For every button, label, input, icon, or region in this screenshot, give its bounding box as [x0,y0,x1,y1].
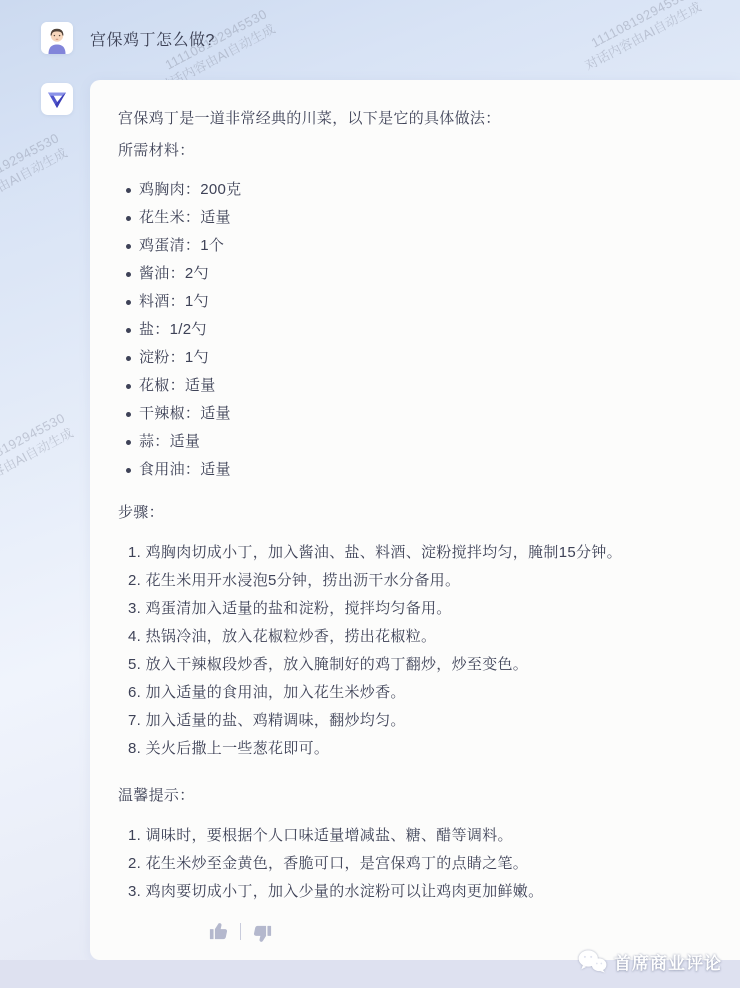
material-text: 料酒：1勺 [139,293,209,310]
thumbs-up-button[interactable] [208,921,230,941]
brand-logo: 首席商业评论 [577,948,722,974]
tip-item: 调味时，要根据个人口味适量增减盐、糖、醋等调料。 [128,822,710,850]
material-text: 鸡胸肉：200克 [139,181,241,198]
bullet-icon [126,440,131,445]
step-item: 鸡胸肉切成小丁，加入酱油、盐、料酒、淀粉搅拌均匀，腌制15分钟。 [128,539,710,567]
feedback-bar [208,918,273,944]
material-item: 料酒：1勺 [124,288,710,316]
step-item: 放入干辣椒段炒香，放入腌制好的鸡丁翻炒，炒至变色。 [128,651,710,679]
steps-label: 步骤： [118,502,710,524]
material-text: 盐：1/2勺 [139,321,207,338]
step-text: 加入适量的食用油，加入花生米炒香。 [146,684,406,701]
step-item: 花生米用开水浸泡5分钟，捞出沥干水分备用。 [128,567,710,595]
thumbs-down-icon [251,924,273,944]
material-text: 花生米：适量 [139,209,231,226]
person-avatar-icon [41,22,73,54]
bullet-icon [126,412,131,417]
material-item: 鸡胸肉：200克 [124,176,710,204]
material-text: 干辣椒：适量 [139,405,231,422]
bullet-icon [126,272,131,277]
ai-answer-card: 宫保鸡丁是一道非常经典的川菜，以下是它的具体做法： 所需材料： 鸡胸肉：200克… [90,80,740,960]
step-text: 加入适量的盐、鸡精调味，翻炒均匀。 [146,712,406,729]
material-item: 蒜：适量 [124,428,710,456]
step-text: 鸡蛋清加入适量的盐和淀粉，搅拌均匀备用。 [146,600,452,617]
thumbs-down-button[interactable] [251,924,273,944]
tip-item: 花生米炒至金黄色，香脆可口，是宫保鸡丁的点睛之笔。 [128,850,710,878]
watermark-id: 111108192945530 [588,0,732,51]
material-text: 酱油：2勺 [139,265,209,282]
bullet-icon [126,468,131,473]
tips-label: 温馨提示： [118,785,710,807]
material-item: 淀粉：1勺 [124,344,710,372]
material-item: 花生米：适量 [124,204,710,232]
material-text: 淀粉：1勺 [139,349,209,366]
watermark-id: 111108192945530 [0,110,98,197]
material-item: 干辣椒：适量 [124,400,710,428]
bullet-icon [126,244,131,249]
tip-text: 花生米炒至金黄色，香脆可口，是宫保鸡丁的点睛之笔。 [146,855,529,872]
steps-list: 鸡胸肉切成小丁，加入酱油、盐、料酒、淀粉搅拌均匀，腌制15分钟。 花生米用开水浸… [118,539,710,763]
ai-avatar [41,83,73,115]
wechat-bubbles-icon [577,948,607,974]
step-item: 加入适量的食用油，加入花生米炒香。 [128,679,710,707]
material-text: 食用油：适量 [139,461,231,478]
bullet-icon [126,356,131,361]
step-item: 关火后撒上一些葱花即可。 [128,735,710,763]
watermark-note: 对话内容由AI自动生成 [582,0,740,74]
material-text: 花椒：适量 [139,377,216,394]
tip-text: 调味时，要根据个人口味适量增减盐、糖、醋等调料。 [146,827,513,844]
material-item: 酱油：2勺 [124,260,710,288]
bullet-icon [126,300,131,305]
feedback-divider [240,923,241,940]
step-text: 放入干辣椒段炒香，放入腌制好的鸡丁翻炒，炒至变色。 [146,656,529,673]
ai-logo-icon [44,86,70,112]
material-item: 花椒：适量 [124,372,710,400]
bullet-icon [126,328,131,333]
step-item: 鸡蛋清加入适量的盐和淀粉，搅拌均匀备用。 [128,595,710,623]
user-avatar [41,22,73,54]
material-item: 盐：1/2勺 [124,316,710,344]
step-text: 关火后撒上一些葱花即可。 [146,740,330,757]
materials-list: 鸡胸肉：200克 花生米：适量 鸡蛋清：1个 酱油：2勺 料酒：1勺 盐：1/2… [118,176,710,484]
tips-list: 调味时，要根据个人口味适量增减盐、糖、醋等调料。 花生米炒至金黄色，香脆可口，是… [118,822,710,906]
bullet-icon [126,188,131,193]
thumbs-up-icon [208,921,230,941]
material-item: 食用油：适量 [124,456,710,484]
bullet-icon [126,216,131,221]
step-item: 加入适量的盐、鸡精调味，翻炒均匀。 [128,707,710,735]
bullet-icon [126,384,131,389]
brand-name: 首席商业评论 [614,949,722,974]
step-item: 热锅冷油，放入花椒粒炒香，捞出花椒粒。 [128,623,710,651]
watermark-id: 111108192945530 [0,390,104,477]
material-text: 蒜：适量 [139,433,200,450]
material-text: 鸡蛋清：1个 [139,237,224,254]
answer-intro: 宫保鸡丁是一道非常经典的川菜，以下是它的具体做法： [118,108,710,130]
user-question: 宫保鸡丁怎么做? [90,27,215,50]
step-text: 热锅冷油，放入花椒粒炒香，捞出花椒粒。 [146,628,437,645]
step-text: 花生米用开水浸泡5分钟，捞出沥干水分备用。 [146,572,461,589]
tip-item: 鸡肉要切成小丁，加入少量的水淀粉可以让鸡肉更加鲜嫩。 [128,878,710,906]
step-text: 鸡胸肉切成小丁，加入酱油、盐、料酒、淀粉搅拌均匀，腌制15分钟。 [146,544,622,561]
material-item: 鸡蛋清：1个 [124,232,710,260]
tip-text: 鸡肉要切成小丁，加入少量的水淀粉可以让鸡肉更加鲜嫩。 [146,883,544,900]
ai-watermark: 111108192945530对话内容由AI自动生成 [574,0,740,74]
materials-label: 所需材料： [118,140,710,162]
